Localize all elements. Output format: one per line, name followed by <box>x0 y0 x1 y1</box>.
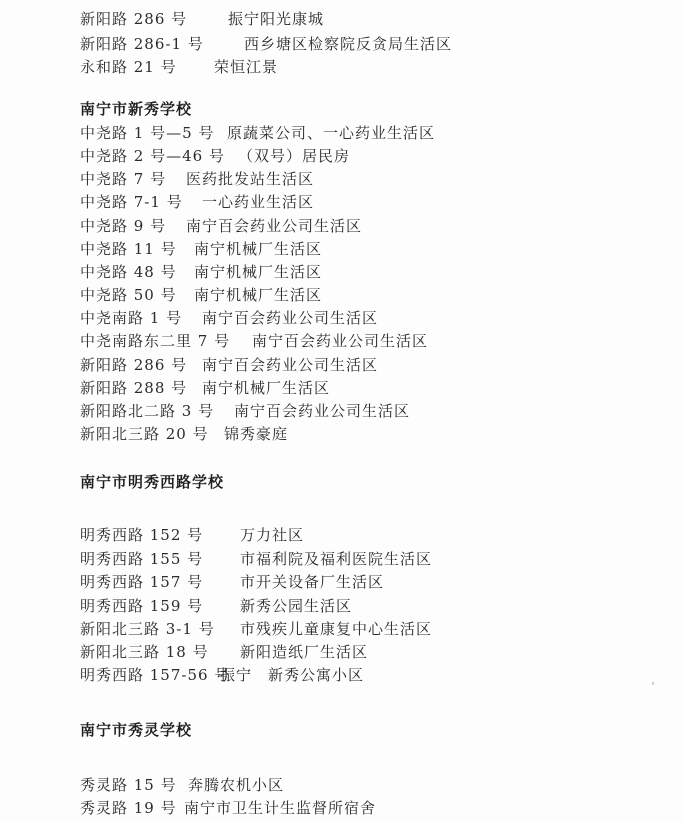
address-row: 新阳北三路 20 号锦秀豪庭 <box>80 423 288 445</box>
place: 市残疾儿童康复中心生活区 <box>240 618 432 640</box>
place: 万力社区 <box>240 524 304 546</box>
address: 明秀西路 152 号 <box>80 524 240 546</box>
address: 中尧南路东二里 7 号 <box>80 330 252 352</box>
place: 新秀公园生活区 <box>240 595 352 617</box>
address: 秀灵路 15 号 <box>80 774 188 796</box>
place: （双号）居民房 <box>238 145 350 167</box>
place: 新阳造纸厂生活区 <box>240 641 368 663</box>
place: 荣恒江景 <box>214 56 278 78</box>
address: 新阳路 288 号 <box>80 377 202 399</box>
address-row: 新阳北三路 18 号新阳造纸厂生活区 <box>80 641 368 663</box>
place: 奔腾农机小区 <box>188 774 284 796</box>
address: 新阳北三路 18 号 <box>80 641 240 663</box>
address-row: 中尧路 1 号—5 号原蔬菜公司、一心药业生活区 <box>80 122 435 144</box>
address-row: 中尧路 50 号南宁机械厂生活区 <box>80 284 322 306</box>
scan-speck <box>652 682 654 685</box>
place: 医药批发站生活区 <box>186 168 314 190</box>
address-row: 中尧路 48 号南宁机械厂生活区 <box>80 261 322 283</box>
address: 新阳北三路 3-1 号 <box>80 618 240 640</box>
address-row: 新阳路 288 号南宁机械厂生活区 <box>80 377 330 399</box>
address-row: 中尧路 7 号医药批发站生活区 <box>80 168 314 190</box>
place: 南宁机械厂生活区 <box>202 377 330 399</box>
place: 南宁机械厂生活区 <box>194 284 322 306</box>
address-row: 秀灵路 19 号南宁市卫生计生监督所宿舍 <box>80 797 376 819</box>
address: 中尧路 7 号 <box>80 168 186 190</box>
section-heading: 南宁市新秀学校 <box>80 98 192 120</box>
place: 南宁百会药业公司生活区 <box>234 400 410 422</box>
place: 南宁市卫生计生监督所宿舍 <box>184 797 376 819</box>
address: 新阳路 286 号 <box>80 354 202 376</box>
section-heading: 南宁市秀灵学校 <box>80 719 192 741</box>
address: 新阳北三路 20 号 <box>80 423 224 445</box>
address-row: 明秀西路 157-56 号振宁 新秀公寓小区 <box>80 664 364 686</box>
address-row: 秀灵路 15 号奔腾农机小区 <box>80 774 284 796</box>
address: 中尧路 1 号—5 号 <box>80 122 227 144</box>
place: 一心药业生活区 <box>202 191 314 213</box>
address-row: 中尧南路东二里 7 号南宁百会药业公司生活区 <box>80 330 428 352</box>
place: 振宁阳光康城 <box>228 8 324 30</box>
address-row: 新阳路 286-1 号西乡塘区检察院反贪局生活区 <box>80 33 452 55</box>
address: 明秀西路 155 号 <box>80 548 240 570</box>
place: 振宁 新秀公寓小区 <box>220 664 364 686</box>
place: 南宁百会药业公司生活区 <box>186 215 362 237</box>
section-heading: 南宁市明秀西路学校 <box>80 471 224 493</box>
address-row: 新阳路 286 号振宁阳光康城 <box>80 8 324 30</box>
place: 南宁百会药业公司生活区 <box>252 330 428 352</box>
address: 中尧路 7-1 号 <box>80 191 202 213</box>
address-row: 永和路 21 号荣恒江景 <box>80 56 278 78</box>
place: 锦秀豪庭 <box>224 423 288 445</box>
place: 南宁百会药业公司生活区 <box>202 354 378 376</box>
address-row: 新阳北三路 3-1 号市残疾儿童康复中心生活区 <box>80 618 432 640</box>
address-row: 新阳路 286 号南宁百会药业公司生活区 <box>80 354 378 376</box>
address-row: 中尧南路 1 号南宁百会药业公司生活区 <box>80 307 378 329</box>
address-row: 中尧路 2 号—46 号（双号）居民房 <box>80 145 350 167</box>
address: 新阳路 286-1 号 <box>80 33 244 55</box>
place: 南宁百会药业公司生活区 <box>202 307 378 329</box>
address: 中尧路 2 号—46 号 <box>80 145 238 167</box>
place: 南宁机械厂生活区 <box>194 261 322 283</box>
address: 中尧路 50 号 <box>80 284 194 306</box>
address-row: 中尧路 7-1 号一心药业生活区 <box>80 191 314 213</box>
address: 中尧路 48 号 <box>80 261 194 283</box>
address: 明秀西路 157 号 <box>80 571 240 593</box>
address-row: 明秀西路 152 号万力社区 <box>80 524 304 546</box>
address: 新阳路 286 号 <box>80 8 228 30</box>
address-row: 中尧路 11 号南宁机械厂生活区 <box>80 238 322 260</box>
address: 永和路 21 号 <box>80 56 214 78</box>
document-page: 新阳路 286 号振宁阳光康城 新阳路 286-1 号西乡塘区检察院反贪局生活区… <box>0 0 684 821</box>
address-row: 明秀西路 159 号新秀公园生活区 <box>80 595 352 617</box>
address-row: 明秀西路 157 号市开关设备厂生活区 <box>80 571 384 593</box>
place: 市开关设备厂生活区 <box>240 571 384 593</box>
address: 中尧路 11 号 <box>80 238 194 260</box>
place: 南宁机械厂生活区 <box>194 238 322 260</box>
address: 秀灵路 19 号 <box>80 797 184 819</box>
address: 明秀西路 159 号 <box>80 595 240 617</box>
address: 中尧路 9 号 <box>80 215 186 237</box>
place: 市福利院及福利医院生活区 <box>240 548 432 570</box>
place: 原蔬菜公司、一心药业生活区 <box>227 122 435 144</box>
address: 中尧南路 1 号 <box>80 307 202 329</box>
address-row: 新阳路北二路 3 号南宁百会药业公司生活区 <box>80 400 410 422</box>
address-row: 明秀西路 155 号市福利院及福利医院生活区 <box>80 548 432 570</box>
place: 西乡塘区检察院反贪局生活区 <box>244 33 452 55</box>
address: 明秀西路 157-56 号 <box>80 664 220 686</box>
address-row: 中尧路 9 号南宁百会药业公司生活区 <box>80 215 362 237</box>
address: 新阳路北二路 3 号 <box>80 400 234 422</box>
